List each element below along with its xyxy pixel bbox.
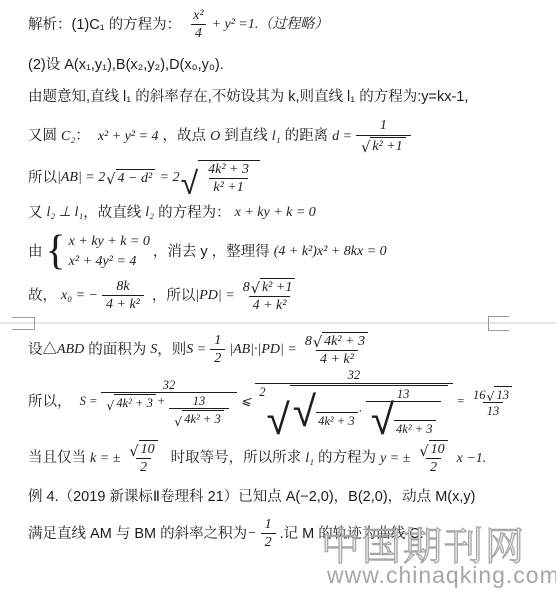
- solution-line-5: 所以 |AB| = 2 √ 4 − d² = 2 √ 4k² + 3 k² +1: [28, 160, 556, 196]
- formula-run: d =: [332, 128, 352, 146]
- coefficient: 8: [243, 280, 250, 296]
- fraction-denominator: 2 √ √ 4k² + 3 · 13 √: [255, 383, 452, 437]
- formula-run: (4 + k²)x² + 8kx = 0: [274, 243, 387, 261]
- fraction-denominator: 2: [136, 458, 151, 476]
- fraction-numerator: 32: [159, 378, 180, 392]
- solution-line-6: 又 l₂ ⊥ l₁ ，故直线 l₂ 的方程为： x + ky + k = 0: [28, 204, 556, 222]
- fraction-numerator: 1: [261, 517, 276, 533]
- square-root: √ 4k² + 3: [174, 410, 223, 426]
- coefficient: 2: [259, 385, 265, 399]
- square-root: √ 4k² + 3: [371, 403, 436, 436]
- fraction: 32 2 √ √ 4k² + 3 · 13: [255, 368, 452, 436]
- fraction-numerator: √ 10: [124, 440, 162, 458]
- fraction-denominator: √ 4k² + 3: [366, 401, 441, 436]
- fraction: 8k 4 + k²: [102, 279, 144, 313]
- fraction: 8 √ k² +1 4 + k²: [239, 278, 301, 314]
- fraction-denominator: 2: [426, 458, 441, 476]
- fraction-denominator: 4 + k²: [316, 350, 358, 368]
- radicand: k² +1: [370, 137, 405, 155]
- text-run: ，故直线: [83, 204, 145, 222]
- fraction: 8 √ 4k² + 3 4 + k²: [301, 332, 373, 368]
- formula-run: l₂ ⊥ l₁: [47, 204, 84, 222]
- radical-sign-icon: √: [486, 391, 494, 403]
- equation-1: x + ky + k = 0: [69, 233, 150, 251]
- radical-sign-icon: √: [106, 174, 115, 188]
- formula-run: + y² =1.（过程略）: [212, 16, 329, 34]
- fraction: 1 2: [210, 333, 225, 367]
- text-run: 当且仅当: [28, 449, 90, 467]
- formula-run: x₀ = −: [61, 287, 98, 305]
- radical-sign-icon: √: [174, 416, 182, 428]
- brace-icon: {: [46, 234, 66, 270]
- radical-sign-icon: √: [129, 446, 138, 460]
- text-run: 解析：(1)C₁ 的方程为：: [28, 16, 185, 34]
- radical-sign-icon: √: [181, 171, 199, 197]
- radical-sign-icon: √: [251, 283, 260, 297]
- text-run: 又: [28, 204, 47, 222]
- text-run: ，则: [157, 341, 186, 359]
- fraction-denominator: 13: [483, 402, 504, 418]
- example-4-heading: 例 4.（2019 新课标Ⅱ卷理科 21）已知点 A(−2,0)，B(2,0)，…: [28, 488, 556, 506]
- solution-line-10: 所以， S = 32 √ 4k² + 3 + 13 √ 4k² + 3: [28, 368, 556, 436]
- radicand: 4k² + 3: [316, 412, 357, 428]
- operator: +: [157, 394, 165, 408]
- equals-sign: =: [457, 394, 465, 410]
- less-equal-sign: ⩽: [241, 394, 251, 410]
- radicand: 10: [139, 440, 158, 458]
- text-run: .记 M 的轨迹为曲线 C.: [280, 525, 424, 543]
- example-4-body: 满足直线 AM 与 BM 的斜率之积为 − 1 2 .记 M 的轨迹为曲线 C.: [28, 517, 556, 551]
- radicand: 4 − d²: [116, 169, 156, 187]
- formula-run: l₁: [305, 450, 314, 468]
- text-run: 又圆: [28, 127, 61, 145]
- text-run: 的方程为: [314, 449, 380, 467]
- text-run: ，所以: [148, 287, 196, 305]
- fraction-denominator: √ 4k² + 3 + 13 √ 4k² + 3: [101, 392, 236, 427]
- formula-run: S: [150, 341, 157, 359]
- formula-run: C₂: [61, 128, 75, 146]
- text-run: 故，: [28, 287, 61, 305]
- square-root: √ k² +1: [251, 278, 296, 296]
- radical-sign-icon: √: [361, 142, 370, 156]
- square-root: √ 4k² + 3 k² +1: [181, 160, 260, 196]
- formula-run: S =: [186, 341, 206, 359]
- page-break-right-marker-icon: [488, 316, 509, 331]
- solution-line-2: (2)设 A(x₁,y₁),B(x₂,y₂),D(x₀,y₀).: [28, 56, 556, 74]
- text-run: 满足直线 AM 与 BM 的斜率之积为: [28, 525, 247, 543]
- text-run: ：: [75, 127, 98, 145]
- fraction: 1 √ k² +1: [356, 118, 411, 154]
- equation-2: x² + 4y² = 4: [69, 253, 137, 271]
- radicand: √ 4k² + 3 · 13 √ 4k² + 3: [290, 385, 448, 437]
- text-run: ，故点: [159, 127, 211, 145]
- text-run: 的面积为: [84, 341, 150, 359]
- fraction: 13 √ 4k² + 3: [366, 387, 441, 437]
- fraction-denominator: 4: [191, 24, 206, 42]
- formula-run: l₁: [272, 128, 281, 146]
- fraction-denominator: 4 + k²: [102, 295, 144, 313]
- operator: ·: [359, 404, 362, 418]
- formula-run: = 2: [156, 169, 179, 187]
- fraction: 16 √ 13 13: [469, 386, 517, 419]
- square-root: √ 10: [129, 440, 157, 458]
- formula-run: O: [210, 128, 220, 146]
- radicand: 4k² + 3: [322, 332, 368, 350]
- solution-line-8: 故， x₀ = − 8k 4 + k² ，所以 |PD| = 8 √ k² +1…: [28, 278, 556, 314]
- fraction-numerator: 16 √ 13: [469, 386, 517, 402]
- fraction: 1 2: [261, 517, 276, 551]
- square-root: √ 13: [486, 386, 511, 402]
- formula-run: y = ±: [380, 450, 410, 468]
- formula-run: x −1.: [457, 450, 487, 468]
- text-run: 到直线: [220, 127, 272, 145]
- fraction-denominator: 2: [210, 349, 225, 367]
- formula-run: |AB| = 2: [57, 169, 105, 187]
- text-run: 时取等号，所以所求: [167, 449, 306, 467]
- text-run: 的距离: [281, 127, 333, 145]
- fraction: √ 10 2: [414, 440, 452, 476]
- fraction-numerator: x²: [189, 8, 207, 24]
- radical-sign-icon: √: [371, 404, 394, 437]
- solution-line-9: 设△ ABD 的面积为 S ，则 S = 1 2 |AB|·|PD| = 8 √…: [28, 332, 556, 368]
- radical-sign-icon: √: [419, 446, 428, 460]
- coefficient: 16: [473, 388, 486, 402]
- fraction-denominator: k² +1: [209, 178, 247, 196]
- text-run: 设△: [28, 341, 57, 359]
- text-run: (2)设 A(x₁,y₁),B(x₂,y₂),D(x₀,y₀).: [28, 56, 224, 74]
- radicand: 4k² + 3: [182, 410, 223, 426]
- formula-run: S =: [80, 394, 98, 410]
- solution-document: 解析：(1)C₁ 的方程为： x² 4 + y² =1.（过程略） (2)设 A…: [0, 0, 556, 551]
- square-root: √ 4k² + 3: [106, 394, 155, 410]
- fraction-numerator: 13: [393, 387, 414, 401]
- equation-system-column: x + ky + k = 0 x² + 4y² = 4: [69, 233, 150, 271]
- radicand: 13: [494, 386, 512, 402]
- formula-run: −: [247, 525, 256, 543]
- solution-line-3: 由题意知,直线 l₁ 的斜率存在,不妨设其为 k,则直线 l₁ 的方程为:y=k…: [28, 88, 556, 106]
- equation-system: { x + ky + k = 0 x² + 4y² = 4: [46, 233, 150, 271]
- solution-line-7: 由 { x + ky + k = 0 x² + 4y² = 4 ，消去 y ，整…: [28, 233, 556, 271]
- solution-line-4: 又圆 C₂ ： x² + y² = 4 ，故点 O 到直线 l₁ 的距离 d =…: [28, 118, 556, 154]
- page-break: [0, 316, 556, 330]
- page-break-line: [0, 322, 556, 324]
- formula-run: |PD| =: [195, 287, 234, 305]
- fraction-numerator: 8 √ k² +1: [239, 278, 301, 296]
- page-break-left-marker-icon: [12, 317, 35, 330]
- coefficient: 8: [305, 334, 312, 350]
- text-run: 例 4.（2019 新课标Ⅱ卷理科 21）已知点 A(−2,0)，B(2,0)，…: [28, 488, 475, 506]
- formula-run: ABD: [57, 341, 84, 359]
- fraction: 13 √ 4k² + 3: [169, 394, 228, 427]
- text-run: 所以，: [28, 393, 80, 411]
- formula-run: l₂: [145, 204, 154, 222]
- fraction: 32 √ 4k² + 3 + 13 √ 4k² + 3: [101, 378, 236, 427]
- formula-run: k = ±: [90, 450, 120, 468]
- solution-line-11: 当且仅当 k = ± √ 10 2 时取等号，所以所求 l₁ 的方程为 y = …: [28, 440, 556, 476]
- text-run: ，消去 y ，整理得: [153, 243, 274, 261]
- watermark-url: www.chinaqking.com: [327, 562, 556, 589]
- formula-run: x + ky + k = 0: [235, 204, 316, 222]
- formula-run: |AB|·|PD| =: [229, 341, 297, 359]
- fraction-numerator: 13: [189, 394, 210, 408]
- text-run: 由题意知,直线 l₁ 的斜率存在,不妨设其为 k,则直线 l₁ 的方程为:y=k…: [28, 88, 468, 106]
- square-root: √ k² +1: [361, 137, 406, 155]
- fraction-numerator: 8 √ 4k² + 3: [301, 332, 373, 350]
- radical-sign-icon: √: [293, 396, 316, 429]
- text-run: 由: [28, 243, 43, 261]
- fraction-denominator: √ 4k² + 3: [169, 408, 228, 426]
- fraction: x² 4: [189, 8, 207, 42]
- fraction-numerator: 1: [376, 118, 391, 134]
- radicand: k² +1: [260, 278, 295, 296]
- fraction-denominator: √ k² +1: [356, 135, 411, 155]
- solution-line-1: 解析：(1)C₁ 的方程为： x² 4 + y² =1.（过程略）: [28, 8, 556, 42]
- radical-sign-icon: √: [313, 337, 322, 351]
- fraction-numerator: 4k² + 3: [204, 162, 253, 178]
- square-root: √ 10: [419, 440, 447, 458]
- fraction-numerator: 32: [344, 368, 365, 382]
- fraction-numerator: √ 10: [414, 440, 452, 458]
- fraction: 4k² + 3 k² +1: [204, 162, 253, 196]
- square-root: √ √ 4k² + 3 · 13 √ 4k² + 3: [266, 385, 447, 437]
- fraction-numerator: 8k: [112, 279, 133, 295]
- radicand: 4k² + 3: [394, 420, 435, 436]
- square-root: √ 4k² + 3: [313, 332, 368, 350]
- fraction-denominator: 2: [261, 533, 276, 551]
- text-run: 的方程为：: [154, 204, 235, 222]
- formula-run: x² + y² = 4: [98, 128, 159, 146]
- radical-sign-icon: √: [106, 400, 114, 412]
- fraction-denominator: 4 + k²: [249, 296, 291, 314]
- text-run: 所以: [28, 169, 57, 187]
- fraction-numerator: 1: [210, 333, 225, 349]
- radicand: 4k² + 3: [114, 394, 155, 410]
- square-root: √ 4 − d²: [106, 169, 155, 187]
- fraction: √ 10 2: [124, 440, 162, 476]
- radical-sign-icon: √: [266, 404, 289, 437]
- radicand: 4k² + 3 k² +1: [198, 160, 260, 196]
- document-page: { "sym": {"sqrt": "√", "brace": "{", "le…: [0, 0, 556, 598]
- radicand: 10: [429, 440, 448, 458]
- square-root: √ 4k² + 3: [293, 395, 358, 428]
